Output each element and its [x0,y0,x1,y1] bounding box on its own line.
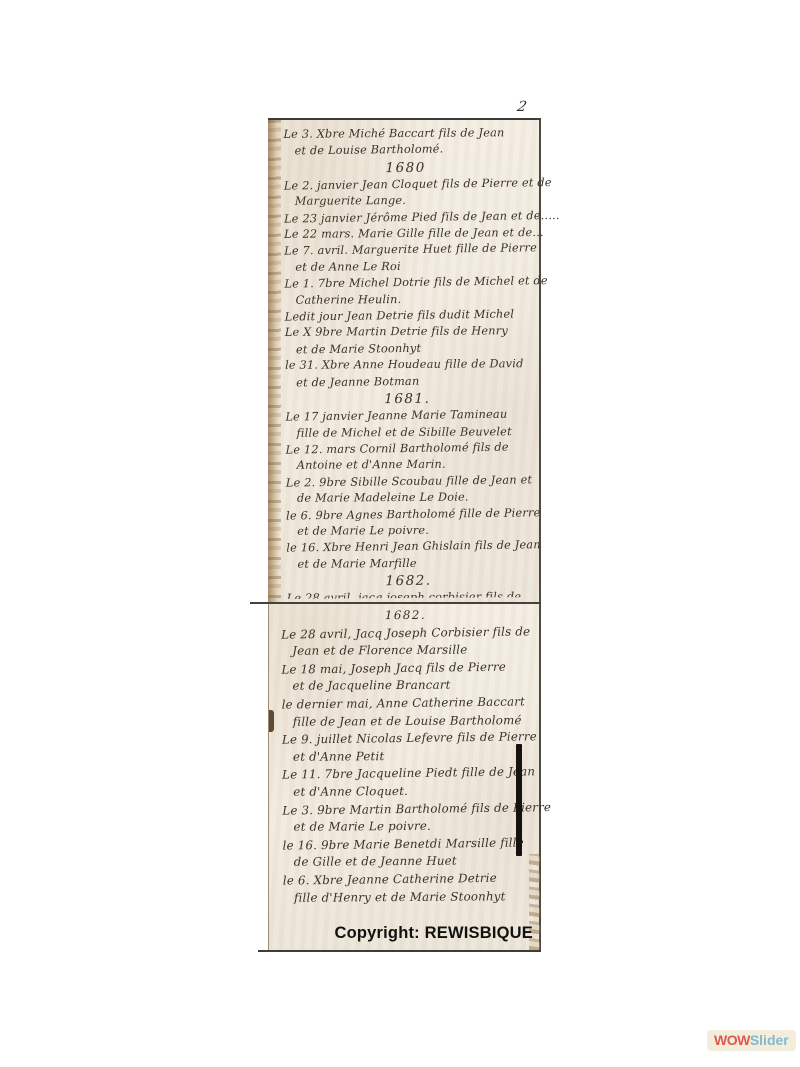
scan-upper-strip: Le 3. Xbre Miché Baccart fils de Jean et… [268,118,541,604]
handwritten-line: 1682. [281,606,530,625]
upper-text-block: Le 3. Xbre Miché Baccart fils de Jean et… [266,119,540,599]
lower-text-block: 1682. Le 28 avril, Jacq Joseph Corbisier… [268,603,540,907]
page-number: 2 [510,99,533,115]
handwritten-line: Antoine et d'Anne Marin. [286,456,530,474]
handwritten-line: 1682. [286,571,530,592]
handwritten-line: et de Jeanne Botman [285,372,529,392]
handwritten-line: Le 23 janvier Jérôme Pied fils de Jean e… [284,208,528,228]
handwritten-line: Le 12. mars Cornil Bartholomé fils de [286,439,530,459]
handwritten-line: le 31. Xbre Anne Houdeau fille de David [285,356,529,374]
handwritten-line: Le 11. 7bre Jacqueline Piedt fille de Je… [282,764,531,785]
handwritten-line: Jean et de Florence Marsille [281,641,530,660]
handwritten-line: Le 18 mai, Joseph Jacq fils de Pierre [281,658,530,679]
scan-lower-strip: 1682. Le 28 avril, Jacq Joseph Corbisier… [268,604,541,950]
handwritten-line: Le 2. 9bre Sibille Scoubau fille de Jean… [286,472,530,492]
handwritten-line: le 16. 9bre Marie Benetdi Marsille fille [283,834,532,855]
handwritten-line: Le 2. janvier Jean Cloquet fils de Pierr… [284,175,528,195]
copyright-text: Copyright: REWISBIQUE [334,924,533,943]
bottom-shadow-line [258,950,541,952]
handwritten-line: le 6. 9bre Agnes Bartholomé fille de Pie… [286,505,530,525]
handwritten-line: et de Marie Stoonhyt [285,339,529,359]
handwritten-line: le 6. Xbre Jeanne Catherine Detrie [283,869,532,890]
handwritten-line: et d'Anne Cloquet. [282,782,531,801]
handwritten-line: fille d'Henry et de Marie Stoonhyt [283,888,532,907]
handwritten-line: le dernier mai, Anne Catherine Baccart [282,693,531,714]
handwritten-line: Le 9. juillet Nicolas Lefevre fils de Pi… [282,729,531,750]
handwritten-line: Ledit jour Jean Detrie fils dudit Michel [285,306,529,326]
page-background: 2 Le 3. Xbre Miché Baccart fils de Jean … [0,0,800,1067]
wowslider-watermark[interactable]: WOWSlider [707,1030,796,1051]
slider-text: Slider [750,1032,789,1048]
handwritten-line: Le 3. 9bre Martin Bartholomé fils de Pie… [282,799,531,820]
handwritten-line: Le 28 avril, Jacq Joseph Corbisier fils … [281,623,530,644]
wow-text: WOW [714,1032,750,1048]
handwritten-line: de Marie Madeleine Le Doie. [286,489,530,507]
handwritten-line: et de Marie Le poivre. [282,817,531,836]
handwritten-line: Marguerite Lange. [284,192,528,210]
handwritten-line: 1680 [284,158,528,178]
black-mark [516,744,522,856]
handwritten-line: Le 17 janvier Jeanne Marie Tamineau [285,406,529,426]
